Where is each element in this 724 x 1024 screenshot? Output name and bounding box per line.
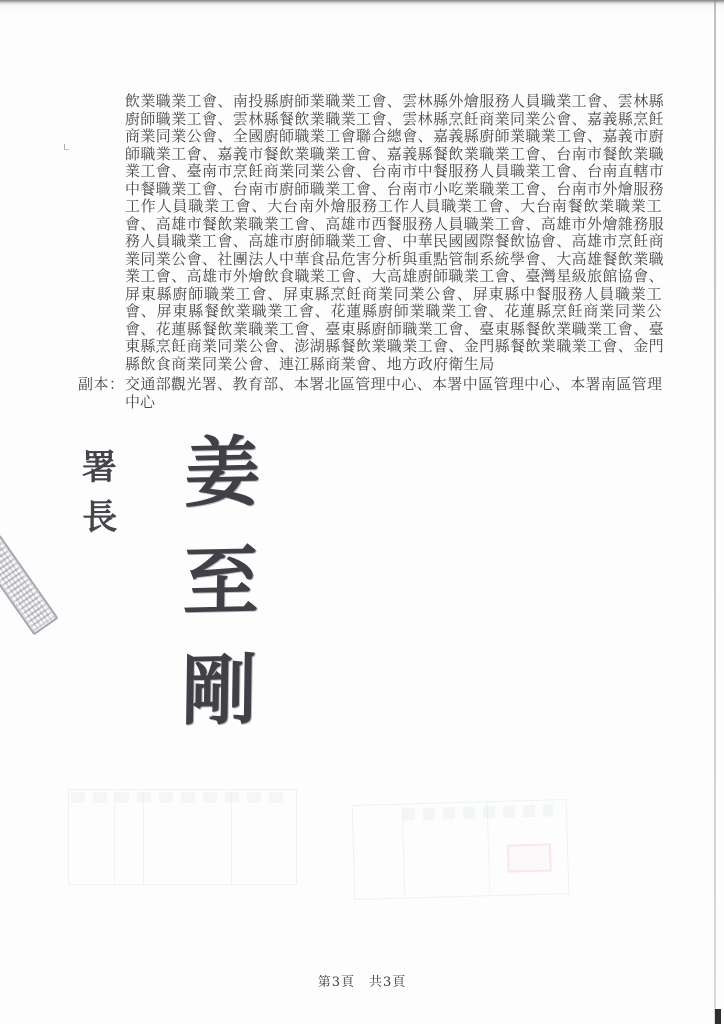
text-line: 中餐職業工會、台南市廚師職業工會、台南市小吃業職業工會、台南市外燴服務 — [125, 181, 662, 199]
copy-to-label: 副本： — [78, 376, 125, 394]
text-line: 會、屏東縣餐飲業職業工會、花蓮縣廚師業職業工會、花蓮縣烹飪商業同業公 — [125, 303, 662, 321]
table-gridline — [114, 790, 115, 884]
recipient-list: 飲業職業工會、南投縣廚師業職業工會、雲林縣外燴服務人員職業工會、雲林縣廚師職業工… — [125, 93, 662, 373]
text-line: 業工會、高雄市外燴飲食職業工會、大高雄廚師職業工會、臺灣星級旅館協會、 — [125, 268, 662, 286]
copy-to-section: 副本： 交通部觀光署、教育部、本署北區管理中心、本署中區管理中心、本署南區管理中… — [78, 376, 662, 411]
table-gridline — [231, 790, 232, 884]
table-header-ghost — [71, 792, 289, 803]
signature-title: 署長 — [82, 440, 124, 540]
scan-speck — [64, 144, 69, 150]
text-line: 會、花蓮縣餐飲業職業工會、臺東縣廚師職業工會、臺東縣餐飲業職業工會、臺 — [125, 321, 662, 339]
text-line: 東縣烹飪商業同業公會、澎湖縣餐飲業職業工會、金門縣餐飲業職業工會、金門 — [125, 338, 662, 356]
edge-seal-stamp — [0, 535, 59, 636]
text-line: 飲業職業工會、南投縣廚師業職業工會、雲林縣外燴服務人員職業工會、雲林縣 — [125, 93, 662, 111]
scan-edge-right — [714, 0, 716, 1024]
text-line: 中心 — [125, 394, 662, 412]
text-line: 會、高雄市餐飲業職業工會、高雄市西餐服務人員職業工會、高雄市外燴雜務服 — [125, 216, 662, 234]
text-line: 縣飲食商業同業公會、連江縣商業會、地方政府衛生局 — [125, 356, 662, 374]
text-line: 業工會、臺南市烹飪商業同業公會、台南市中餐服務人員職業工會、台南直轄市 — [125, 163, 662, 181]
signature-name: 姜至剛 — [181, 411, 263, 740]
scan-corner-mark — [715, 1009, 721, 1024]
text-line: 廚師職業工會、雲林縣餐飲業職業工會、雲林縣烹飪商業同業公會、嘉義縣烹飪 — [125, 111, 662, 129]
red-seal-ghost — [507, 843, 552, 872]
page-footer: 第3頁 共3頁 — [0, 971, 724, 990]
text-line: 屏東縣廚師職業工會、屏東縣烹飪商業同業公會、屏東縣中餐服務人員職業工 — [125, 286, 662, 304]
text-line: 務人員職業工會、高雄市廚師職業工會、中華民國國際餐飲協會、高雄市烹飪商 — [125, 233, 662, 251]
table-gridline — [143, 790, 144, 884]
text-line: 師職業工會、嘉義市餐飲業職業工會、嘉義縣餐飲業職業工會、台南市餐飲業職 — [125, 146, 662, 164]
scanned-document-page: 飲業職業工會、南投縣廚師業職業工會、雲林縣外燴服務人員職業工會、雲林縣廚師職業工… — [0, 0, 724, 1024]
scan-edge-top — [0, 0, 724, 6]
text-line: 業同業公會、社團法人中華食品危害分析與重點管制系統學會、大高雄餐飲業職 — [125, 251, 662, 269]
table-header-ghost — [403, 804, 553, 820]
bleedthrough-table-left — [68, 789, 297, 885]
text-line: 交通部觀光署、教育部、本署北區管理中心、本署中區管理中心、本署南區管理 — [125, 376, 662, 394]
text-line: 工作人員職業工會、大台南外燴服務工作人員職業工會、大台南餐飲業職業工 — [125, 198, 662, 216]
text-line: 商業同業公會、全國廚師職業工會聯合總會、嘉義縣廚師業職業工會、嘉義市廚 — [125, 128, 662, 146]
copy-to-content: 交通部觀光署、教育部、本署北區管理中心、本署中區管理中心、本署南區管理中心 — [125, 376, 662, 411]
bleedthrough-table-right — [352, 799, 570, 900]
